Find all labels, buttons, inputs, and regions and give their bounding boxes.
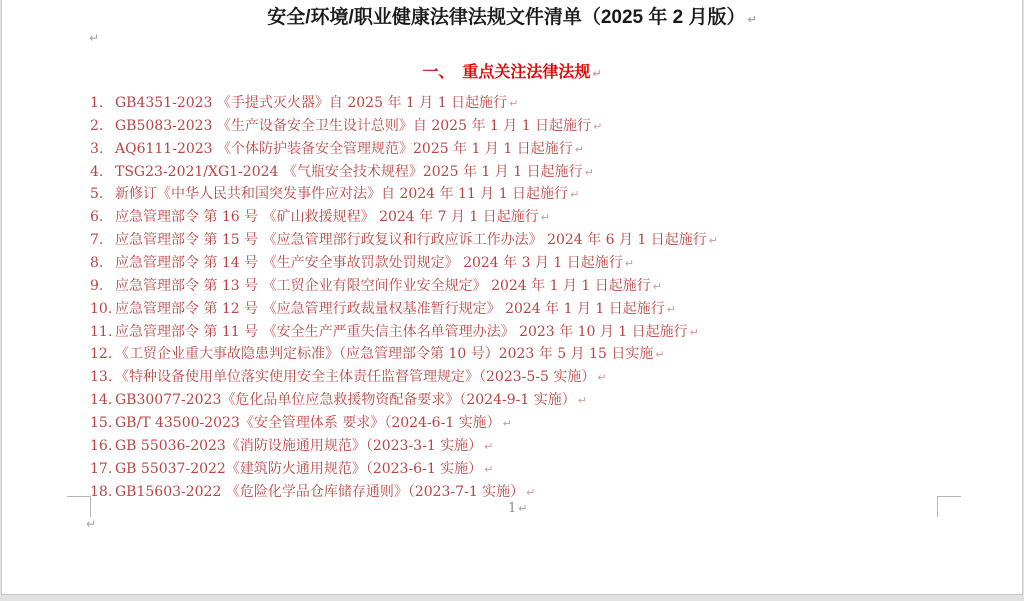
pilcrow-mark: ↵ <box>518 502 527 515</box>
list-item-text: 应急管理部令 第 12 号 《应急管理行政裁量权基准暂行规定》 2024 年 1… <box>115 301 665 317</box>
list-item[interactable]: 12.《工贸企业重大事故隐患判定标准》（应急管理部令第 10 号）2023 年 … <box>90 343 718 366</box>
list-item-text: GB4351-2023 《手提式灭火器》自 2025 年 1 月 1 日起施行 <box>115 95 507 111</box>
pilcrow-mark: ↵ <box>578 394 587 407</box>
pilcrow-mark: ↵ <box>667 303 676 316</box>
list-item-number: 2. <box>90 115 115 138</box>
list-item-text: 应急管理部令 第 15 号 《应急管理部行政复议和行政应诉工作办法》 2024 … <box>115 232 707 248</box>
pilcrow-mark: ↵ <box>709 234 718 247</box>
list-item-number: 3. <box>90 138 115 161</box>
list-item-number: 17. <box>90 458 115 481</box>
list-item-text: AQ6111-2023 《个体防护装备安全管理规范》2025 年 1 月 1 日… <box>115 141 573 157</box>
list-item-number: 8. <box>90 252 115 275</box>
document-title[interactable]: 安全/环境/职业健康法律法规文件清单（2025 年 2 月版）↵ <box>2 2 1022 29</box>
section-heading-text: 一、 重点关注法律法规 <box>422 64 590 81</box>
pilcrow-mark: ↵ <box>86 517 96 531</box>
list-item[interactable]: 17.GB 55037-2022《建筑防火通用规范》（2023-6-1 实施）↵ <box>90 458 718 481</box>
list-item-number: 4. <box>90 161 115 184</box>
list-item-number: 15. <box>90 412 115 435</box>
list-item-number: 11. <box>90 321 115 344</box>
list-item[interactable]: 3.AQ6111-2023 《个体防护装备安全管理规范》2025 年 1 月 1… <box>90 138 718 161</box>
pilcrow-mark: ↵ <box>748 13 757 26</box>
margin-crop-mark-left <box>67 496 91 517</box>
list-item[interactable]: 13.《特种设备使用单位落实使用安全主体责任监督管理规定》（2023-5-5 实… <box>90 366 718 389</box>
pilcrow-mark: ↵ <box>575 143 584 156</box>
list-item[interactable]: 5.新修订《中华人民共和国突发事件应对法》自 2024 年 11 月 1 日起施… <box>90 183 718 206</box>
pilcrow-mark: ↵ <box>585 166 594 179</box>
pilcrow-mark: ↵ <box>484 440 493 453</box>
pilcrow-mark: ↵ <box>509 97 518 110</box>
list-item-number: 6. <box>90 206 115 229</box>
list-item[interactable]: 2.GB5083-2023 《生产设备安全卫生设计总则》自 2025 年 1 月… <box>90 115 718 138</box>
pilcrow-mark: ↵ <box>655 348 664 361</box>
list-item-number: 18. <box>90 481 115 504</box>
list-item-text: 新修订《中华人民共和国突发事件应对法》自 2024 年 11 月 1 日起施行 <box>115 186 568 202</box>
list-item[interactable]: 15.GB/T 43500-2023《安全管理体系 要求》（2024-6-1 实… <box>90 412 718 435</box>
list-item[interactable]: 11.应急管理部令 第 11 号 《安全生产严重失信主体名单管理办法》 2023… <box>90 321 718 344</box>
pilcrow-mark: ↵ <box>597 371 606 384</box>
list-item-text: 应急管理部令 第 13 号 《工贸企业有限空间作业安全规定》 2024 年 1 … <box>115 278 651 294</box>
pilcrow-mark: ↵ <box>570 188 579 201</box>
pilcrow-mark: ↵ <box>625 257 634 270</box>
section-heading[interactable]: 一、 重点关注法律法规↵ <box>2 59 1022 82</box>
list-item-text: GB/T 43500-2023《安全管理体系 要求》（2024-6-1 实施） <box>115 415 501 431</box>
pilcrow-mark: ↵ <box>593 120 602 133</box>
list-item[interactable]: 18.GB15603-2022 《危险化学品仓库储存通则》（2023-7-1 实… <box>90 481 718 504</box>
pilcrow-mark: ↵ <box>592 67 601 80</box>
list-item[interactable]: 9.应急管理部令 第 13 号 《工贸企业有限空间作业安全规定》 2024 年 … <box>90 275 718 298</box>
list-item[interactable]: 14.GB30077-2023《危化品单位应急救援物资配备要求》（2024-9-… <box>90 389 718 412</box>
list-item-text: GB 55037-2022《建筑防火通用规范》（2023-6-1 实施） <box>115 461 482 477</box>
list-item-number: 10. <box>90 298 115 321</box>
list-item-text: 应急管理部令 第 16 号 《矿山救援规程》 2024 年 7 月 1 日起施行 <box>115 209 539 225</box>
list-item[interactable]: 7.应急管理部令 第 15 号 《应急管理部行政复议和行政应诉工作办法》 202… <box>90 229 718 252</box>
list-item-number: 7. <box>90 229 115 252</box>
list-item-text: 《特种设备使用单位落实使用安全主体责任监督管理规定》（2023-5-5 实施） <box>115 369 595 385</box>
list-item-number: 5. <box>90 183 115 206</box>
document-page[interactable]: 安全/环境/职业健康法律法规文件清单（2025 年 2 月版）↵ ↵ 一、 重点… <box>1 0 1023 595</box>
list-item[interactable]: 4.TSG23-2021/XG1-2024 《气瓶安全技术规程》2025 年 1… <box>90 161 718 184</box>
list-item[interactable]: 10.应急管理部令 第 12 号 《应急管理行政裁量权基准暂行规定》 2024 … <box>90 298 718 321</box>
list-item-number: 14. <box>90 389 115 412</box>
pilcrow-mark: ↵ <box>541 211 550 224</box>
pilcrow-mark: ↵ <box>503 417 512 430</box>
list-item[interactable]: 16.GB 55036-2023《消防设施通用规范》（2023-3-1 实施）↵ <box>90 435 718 458</box>
document-title-text: 安全/环境/职业健康法律法规文件清单（2025 年 2 月版） <box>267 7 745 28</box>
list-item-text: 应急管理部令 第 14 号 《生产安全事故罚款处罚规定》 2024 年 3 月 … <box>115 255 623 271</box>
list-item-text: TSG23-2021/XG1-2024 《气瓶安全技术规程》2025 年 1 月… <box>115 164 583 180</box>
list-item[interactable]: 6.应急管理部令 第 16 号 《矿山救援规程》 2024 年 7 月 1 日起… <box>90 206 718 229</box>
pilcrow-mark: ↵ <box>89 31 99 45</box>
margin-crop-mark-right <box>937 496 961 517</box>
list-item-text: 《工贸企业重大事故隐患判定标准》（应急管理部令第 10 号）2023 年 5 月… <box>115 346 653 362</box>
list-item-text: GB5083-2023 《生产设备安全卫生设计总则》自 2025 年 1 月 1… <box>115 118 591 134</box>
list-item-number: 9. <box>90 275 115 298</box>
pilcrow-mark: ↵ <box>653 280 662 293</box>
list-item[interactable]: 8.应急管理部令 第 14 号 《生产安全事故罚款处罚规定》 2024 年 3 … <box>90 252 718 275</box>
list-item-text: GB 55036-2023《消防设施通用规范》（2023-3-1 实施） <box>115 438 482 454</box>
list-item[interactable]: 1.GB4351-2023 《手提式灭火器》自 2025 年 1 月 1 日起施… <box>90 92 718 115</box>
page-number-value: 1 <box>508 501 516 516</box>
list-item-number: 13. <box>90 366 115 389</box>
pilcrow-mark: ↵ <box>526 486 535 499</box>
law-list: 1.GB4351-2023 《手提式灭火器》自 2025 年 1 月 1 日起施… <box>90 92 718 503</box>
pilcrow-mark: ↵ <box>484 463 493 476</box>
list-item-number: 1. <box>90 92 115 115</box>
pilcrow-mark: ↵ <box>690 326 699 339</box>
list-item-text: 应急管理部令 第 11 号 《安全生产严重失信主体名单管理办法》 2023 年 … <box>115 324 688 340</box>
list-item-number: 12. <box>90 343 115 366</box>
page-number: 1↵ <box>508 501 528 516</box>
list-item-text: GB15603-2022 《危险化学品仓库储存通则》（2023-7-1 实施） <box>115 484 524 500</box>
list-item-number: 16. <box>90 435 115 458</box>
list-item-text: GB30077-2023《危化品单位应急救援物资配备要求》（2024-9-1 实… <box>115 392 576 408</box>
